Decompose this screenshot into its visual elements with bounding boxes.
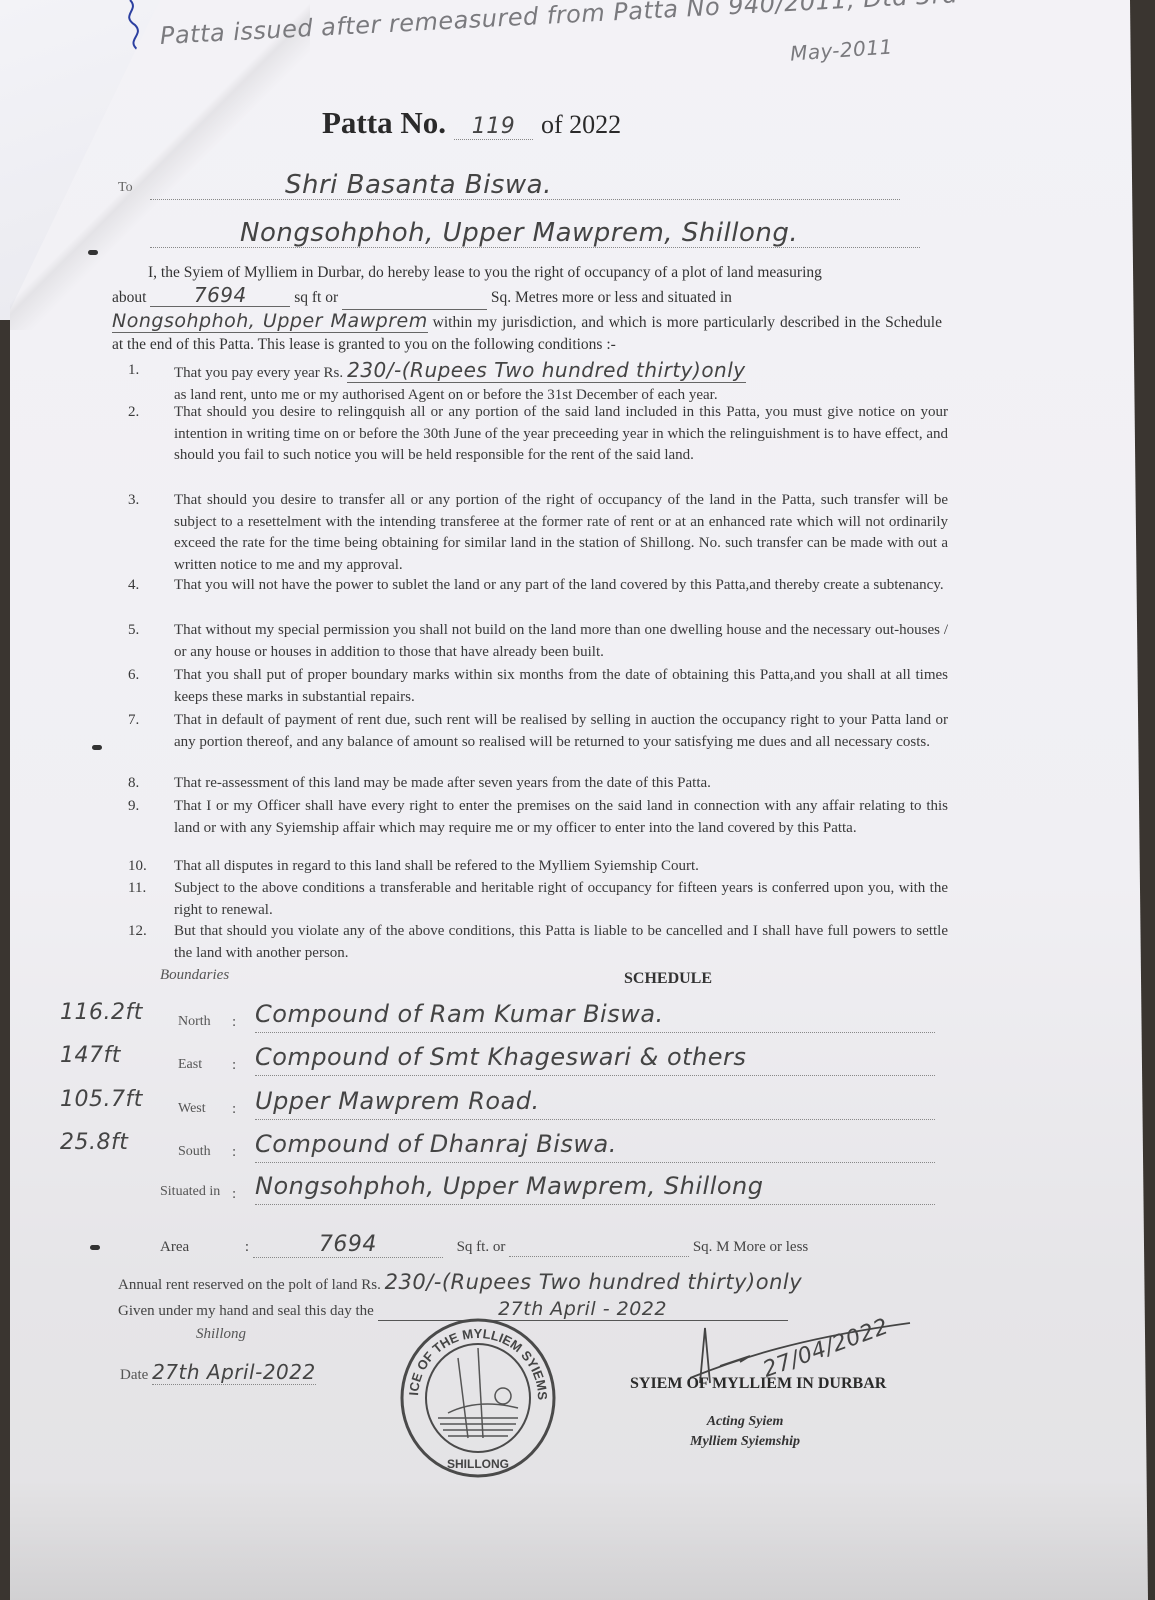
recipient-address-text: Nongsohphoh, Upper Mawprem, Shillong.	[240, 218, 798, 248]
official-seal-icon: OFFICE OF THE MYLLIEM SYIEMSHIP SHILLONG	[398, 1318, 558, 1478]
area-label: Area	[160, 1239, 189, 1255]
condition-number: 5.	[128, 620, 168, 642]
condition-number: 4.	[128, 575, 168, 597]
seal-text-top: OFFICE OF THE MYLLIEM SYIEMSHIP	[398, 1318, 550, 1401]
area-value: 7694	[253, 1232, 443, 1258]
colon: :	[232, 1186, 236, 1203]
schedule-heading: SCHEDULE	[624, 970, 712, 988]
recipient-address: Nongsohphoh, Upper Mawprem, Shillong.	[150, 218, 920, 248]
boundary-measure: 147ft	[60, 1043, 121, 1068]
about-label: about	[112, 289, 146, 306]
situated-row: Situated in : Nongsohphoh, Upper Mawprem…	[60, 1172, 940, 1212]
stamp-line-2: Mylliem Syiemship	[690, 1432, 800, 1452]
condition-item: 1.That you pay every year Rs.230/-(Rupee…	[128, 360, 948, 406]
condition-text: That should you desire to relingquish al…	[174, 402, 948, 467]
boundaries-label: Boundaries	[160, 967, 229, 984]
page-title: Patta No. 119 of 2022	[322, 105, 621, 141]
condition-text: That in default of payment of rent due, …	[174, 710, 948, 753]
condition-number: 3.	[128, 490, 168, 512]
boundary-direction: West	[178, 1101, 206, 1117]
date-value: 27th April-2022	[152, 1360, 316, 1385]
recipient-name-text: Shri Basanta Biswa.	[285, 170, 552, 200]
condition-number: 11.	[128, 878, 168, 900]
condition-text: That you will not have the power to subl…	[174, 575, 948, 597]
condition-number: 1.	[128, 360, 168, 382]
condition-number: 7.	[128, 710, 168, 732]
condition-text: That you shall put of proper boundary ma…	[174, 665, 948, 708]
area-sqft-field: 7694	[150, 284, 290, 307]
land-rent-value: 230/-(Rupees Two hundred thirty)only	[347, 358, 746, 383]
condition-item: 10.That all disputes in regard to this l…	[128, 856, 948, 878]
condition-item: 7.That in default of payment of rent due…	[128, 710, 948, 753]
condition-item: 5.That without my special permission you…	[128, 620, 948, 663]
intro-text-1: I, the Syiem of Mylliem in Durbar, do he…	[112, 264, 822, 281]
boundary-row-east: 147ftEast:Compound of Smt Khageswari & o…	[60, 1043, 940, 1083]
condition-text: That you pay every year Rs.230/-(Rupees …	[174, 360, 948, 406]
recipient-name: Shri Basanta Biswa.	[150, 170, 900, 200]
boundary-row-west: 105.7ftWest:Upper Mawprem Road.	[60, 1087, 940, 1127]
colon: :	[232, 1144, 236, 1161]
sq-metres-field	[342, 287, 487, 310]
area-sqft-or: Sq ft. or	[457, 1239, 506, 1255]
condition-item: 12.But that should you violate any of th…	[128, 921, 948, 964]
condition-item: 8.That re-assessment of this land may be…	[128, 773, 948, 795]
given-label: Given under my hand and seal this day th…	[118, 1303, 374, 1319]
area-row: Area : 7694 Sq ft. or Sq. M More or less	[160, 1232, 940, 1258]
boundary-value: Compound of Smt Khageswari & others	[255, 1043, 935, 1076]
condition-text: That should you desire to transfer all o…	[174, 490, 948, 576]
colon: :	[232, 1014, 236, 1031]
condition-item: 6.That you shall put of proper boundary …	[128, 665, 948, 708]
acting-syiem-stamp: Acting Syiem Mylliem Syiemship	[690, 1412, 800, 1452]
location-field: Nongsohphoh, Upper Mawprem	[112, 310, 428, 333]
boundary-direction: North	[178, 1014, 211, 1030]
patta-number: 119	[454, 114, 534, 140]
colon: :	[232, 1057, 236, 1074]
annual-rent-label: Annual rent reserved on the polt of land…	[118, 1277, 381, 1293]
condition-text: That all disputes in regard to this land…	[174, 856, 948, 878]
condition-item: 9.That I or my Officer shall have every …	[128, 796, 948, 839]
page-shadow	[10, 1480, 1148, 1600]
condition-text-a: That you pay every year Rs.	[174, 365, 343, 381]
boundary-row-north: 116.2ftNorth:Compound of Ram Kumar Biswa…	[60, 1000, 940, 1040]
signatory-title: SYIEM OF MYLLIEM IN DURBAR	[630, 1375, 886, 1393]
condition-item: 4.That you will not have the power to su…	[128, 575, 948, 597]
punch-mark	[92, 745, 102, 750]
intro-text-2: Sq. Metres more or less and situated in	[491, 289, 732, 306]
area-sqm-field	[509, 1239, 689, 1257]
seal-text-bottom: SHILLONG	[447, 1457, 509, 1471]
title-year: of 2022	[541, 110, 621, 139]
area-sqm-suffix: Sq. M More or less	[693, 1239, 808, 1255]
boundary-row-south: 25.8ftSouth:Compound of Dhanraj Biswa.	[60, 1130, 940, 1170]
title-prefix: Patta No.	[322, 105, 446, 140]
condition-text: That without my special permission you s…	[174, 620, 948, 663]
colon: :	[232, 1101, 236, 1118]
condition-item: 2.That should you desire to relingquish …	[128, 402, 948, 467]
date-label: Date	[120, 1367, 148, 1383]
condition-item: 3.That should you desire to transfer all…	[128, 490, 948, 576]
boundary-measure: 105.7ft	[60, 1087, 143, 1112]
condition-text-b: as land rent, unto me or my authorised A…	[174, 387, 718, 403]
to-label: To	[118, 180, 133, 196]
svg-text:OFFICE OF THE MYLLIEM SYIEMSHI: OFFICE OF THE MYLLIEM SYIEMSHIP	[398, 1318, 550, 1401]
annual-rent-value: 230/-(Rupees Two hundred thirty)only	[385, 1270, 803, 1294]
sqft-or-label: sq ft or	[294, 289, 338, 306]
condition-text: But that should you violate any of the a…	[174, 921, 948, 964]
condition-item: 11.Subject to the above conditions a tra…	[128, 878, 948, 921]
boundary-measure: 25.8ft	[60, 1130, 128, 1155]
condition-number: 10.	[128, 856, 168, 878]
annual-rent-row: Annual rent reserved on the polt of land…	[118, 1270, 802, 1294]
condition-number: 6.	[128, 665, 168, 687]
condition-number: 2.	[128, 402, 168, 424]
condition-text: That I or my Officer shall have every ri…	[174, 796, 948, 839]
boundary-value: Compound of Ram Kumar Biswa.	[255, 1000, 935, 1033]
lease-intro: I, the Syiem of Mylliem in Durbar, do he…	[112, 262, 942, 356]
date-row: Date 27th April-2022	[120, 1360, 316, 1384]
condition-text: That re-assessment of this land may be m…	[174, 773, 948, 795]
condition-number: 12.	[128, 921, 168, 943]
boundary-direction: South	[178, 1144, 211, 1160]
boundary-value: Upper Mawprem Road.	[255, 1087, 935, 1120]
situated-label: Situated in	[160, 1184, 220, 1200]
colon: :	[245, 1239, 249, 1255]
condition-number: 9.	[128, 796, 168, 818]
boundary-measure: 116.2ft	[60, 1000, 143, 1025]
boundary-direction: East	[178, 1057, 202, 1073]
situated-value: Nongsohphoh, Upper Mawprem, Shillong	[255, 1172, 935, 1205]
boundary-value: Compound of Dhanraj Biswa.	[255, 1130, 935, 1163]
stamp-line-1: Acting Syiem	[690, 1412, 800, 1432]
condition-text: Subject to the above conditions a transf…	[174, 878, 948, 921]
punch-mark	[90, 1245, 100, 1250]
punch-mark	[88, 250, 98, 255]
place-label: Shillong	[196, 1326, 246, 1343]
condition-number: 8.	[128, 773, 168, 795]
